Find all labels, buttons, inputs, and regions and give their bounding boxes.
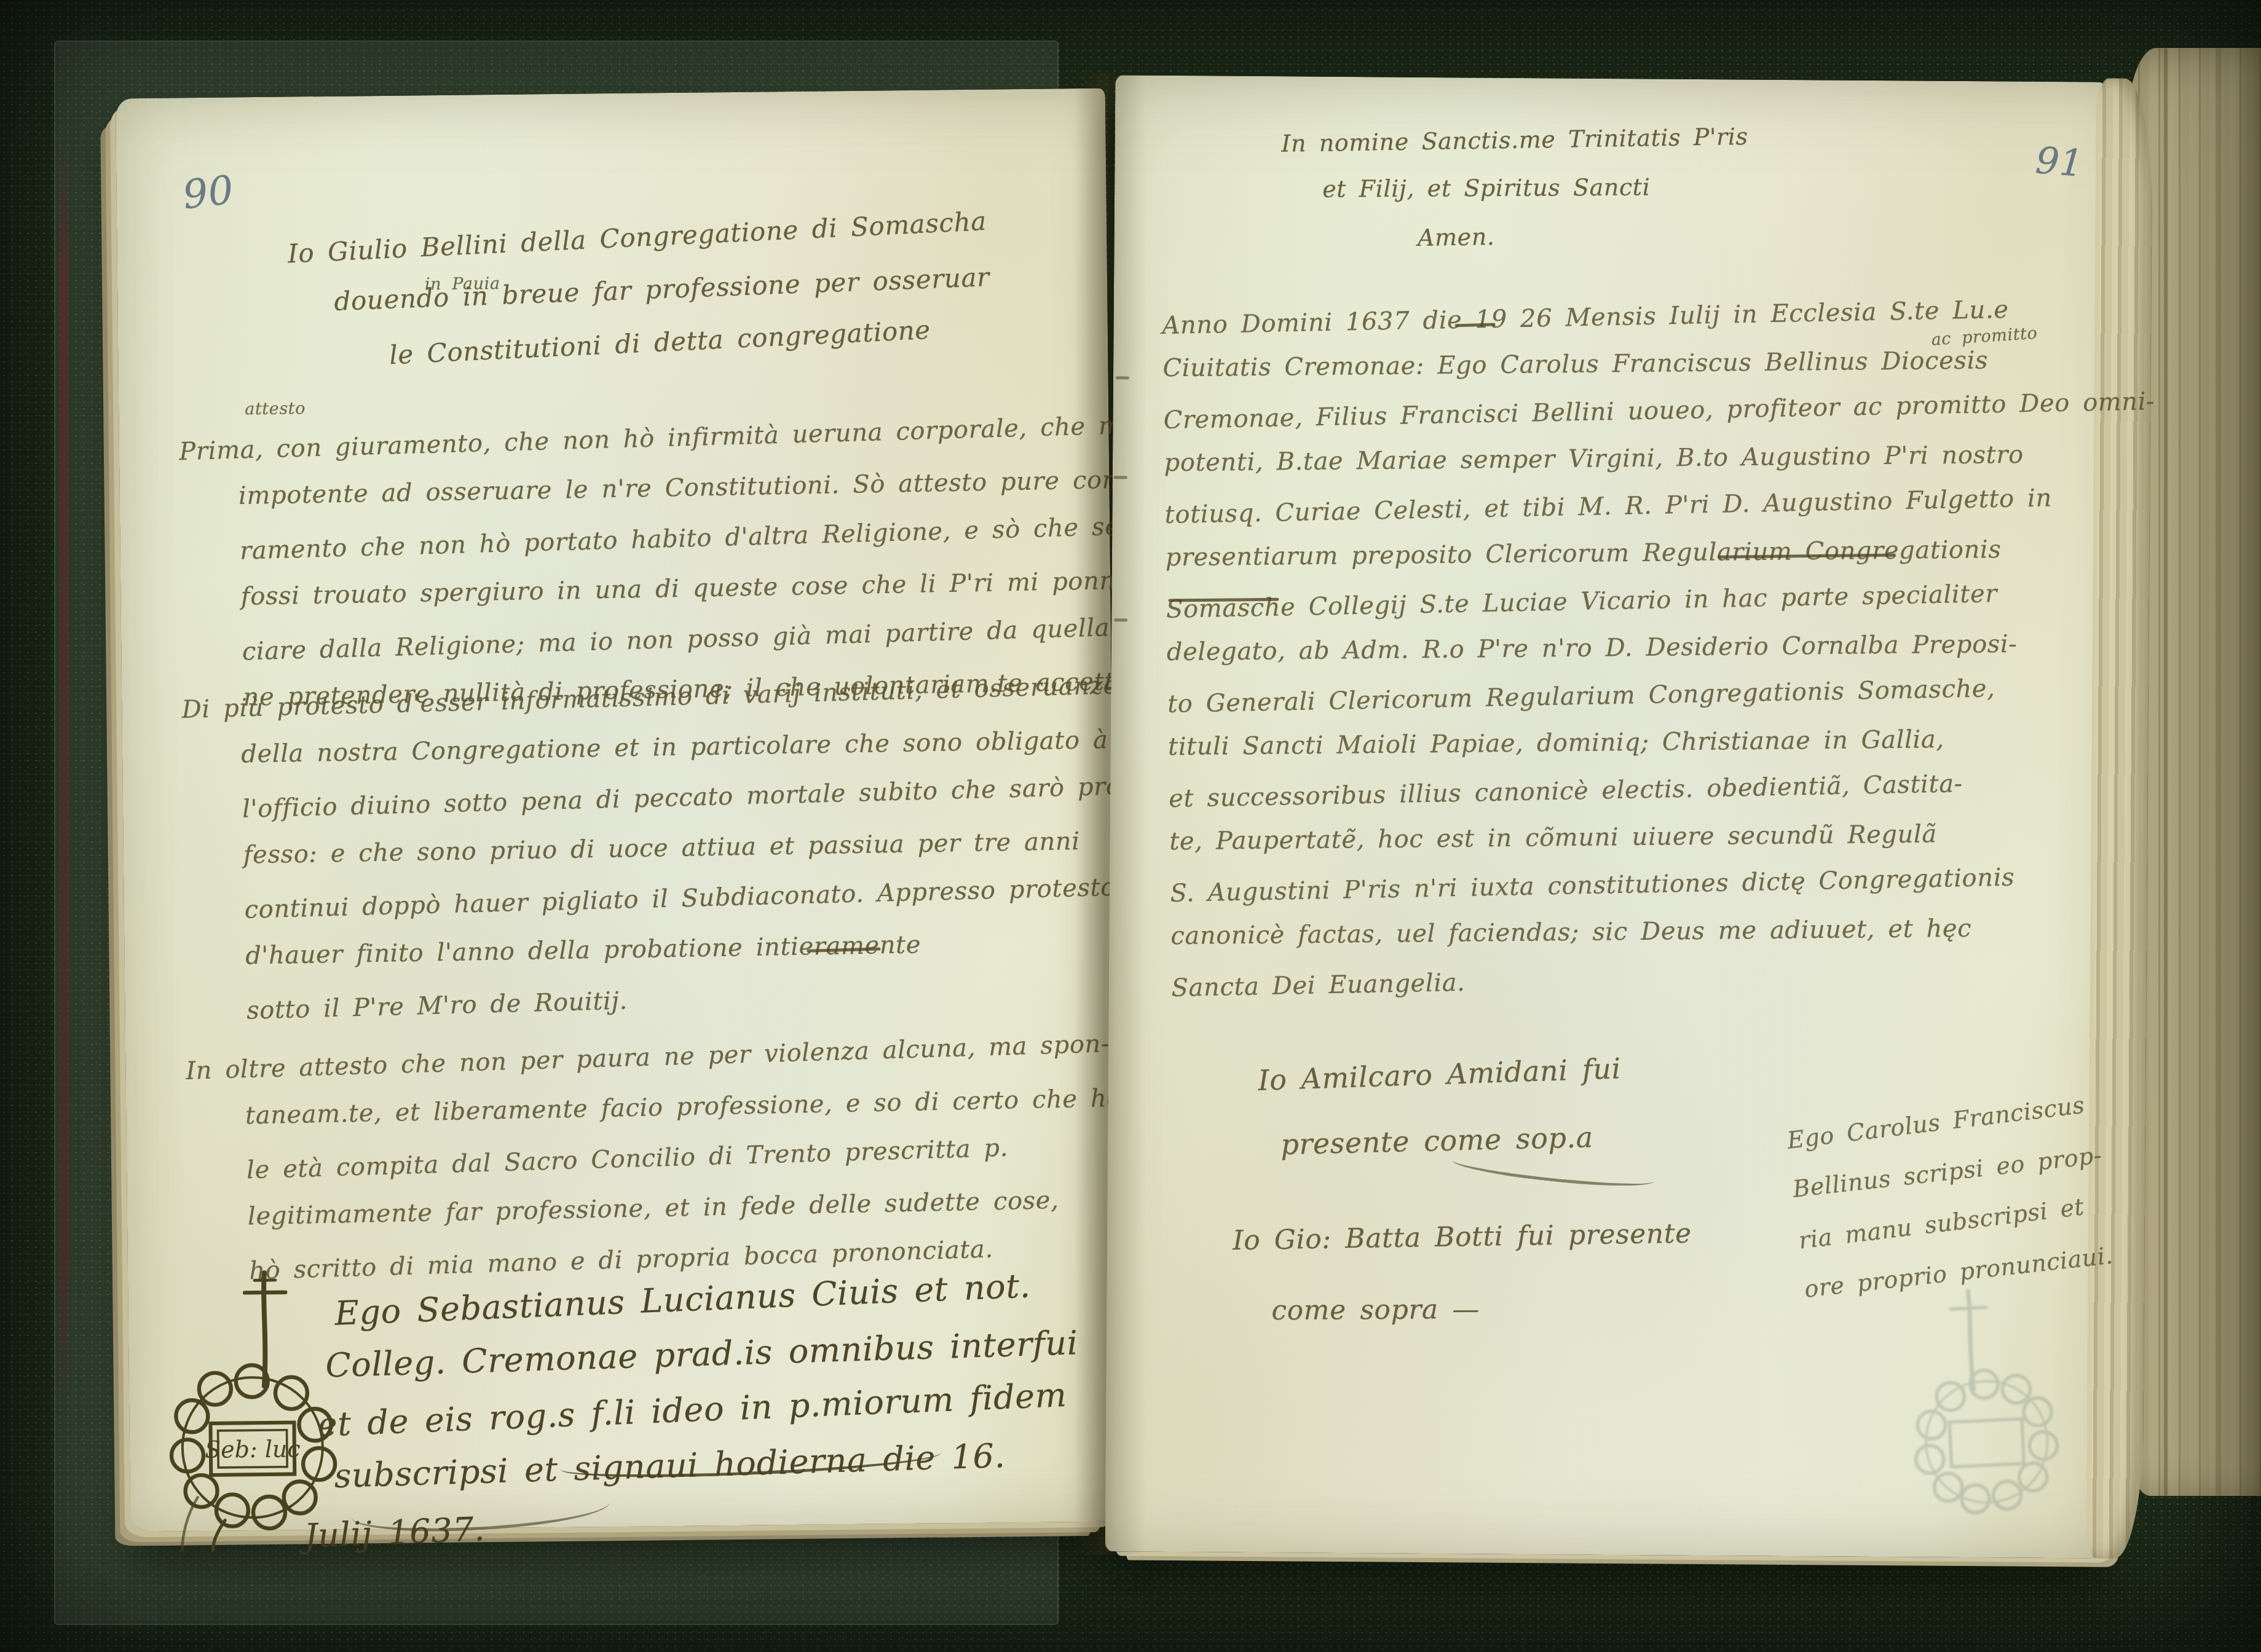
interlinear-insertion: attesto [245, 399, 306, 419]
witness-signature-botti: Io Gio: Batta Botti fui presentecome sop… [1233, 1198, 1693, 1348]
manuscript-book: 90 Io Giulio Bellini della Congregatione… [0, 0, 2261, 1652]
right-page: 91 In nomine Sanctis.me Trinitatis P'ris… [1105, 75, 2118, 1558]
professed-signature-bellinus: Ego Carolus FranciscusBellinus scripsi e… [1785, 1079, 2117, 1315]
paragraph-third-attestation: In oltre attesto che non per paura ne pe… [185, 1021, 1126, 1296]
manuscript-line: Amen. [1417, 208, 1750, 261]
page-number-right: 91 [2034, 139, 2085, 186]
photograph-of-manuscript: 90 Io Giulio Bellini della Congregatione… [0, 0, 2261, 1652]
witness-signature-amidani: Io Amilcaro Amidani fuipresente come sop… [1257, 1036, 1624, 1179]
seal-monogram: Seb: luc [205, 1435, 301, 1463]
profession-heading: Io Giulio Bellini della Congregatione di… [286, 197, 993, 384]
manuscript-line: come sopra — [1271, 1272, 1692, 1347]
seal-bleedthrough [1900, 1283, 2070, 1535]
manuscript-line: Io Amilcaro Amidani fui [1257, 1035, 1622, 1114]
left-page: 90 Io Giulio Bellini della Congregatione… [116, 88, 1120, 1532]
book-gutter-shadow [1075, 73, 1146, 1555]
interlinear-insertion: in Pauia [425, 274, 500, 294]
invocation-heading: In nomine Sanctis.me Trinitatis P'riset … [1281, 114, 1750, 262]
paragraph-second-protest: Di più protesto d'esser informatissimo d… [181, 661, 1178, 1035]
notarial-seal: Seb: luc [159, 1267, 346, 1552]
manuscript-line: In nomine Sanctis.me Trinitatis P'ris [1281, 112, 1749, 168]
page-number-left: 90 [180, 167, 236, 218]
manuscript-line: Io Gio: Batta Botti fui presente [1232, 1197, 1692, 1277]
manuscript-line: et Filij, et Spiritus Sancti [1322, 162, 1749, 213]
profession-formula-latin: Anno Domini 1637 die 19 26 Mensis Iulij … [1162, 286, 2163, 1009]
